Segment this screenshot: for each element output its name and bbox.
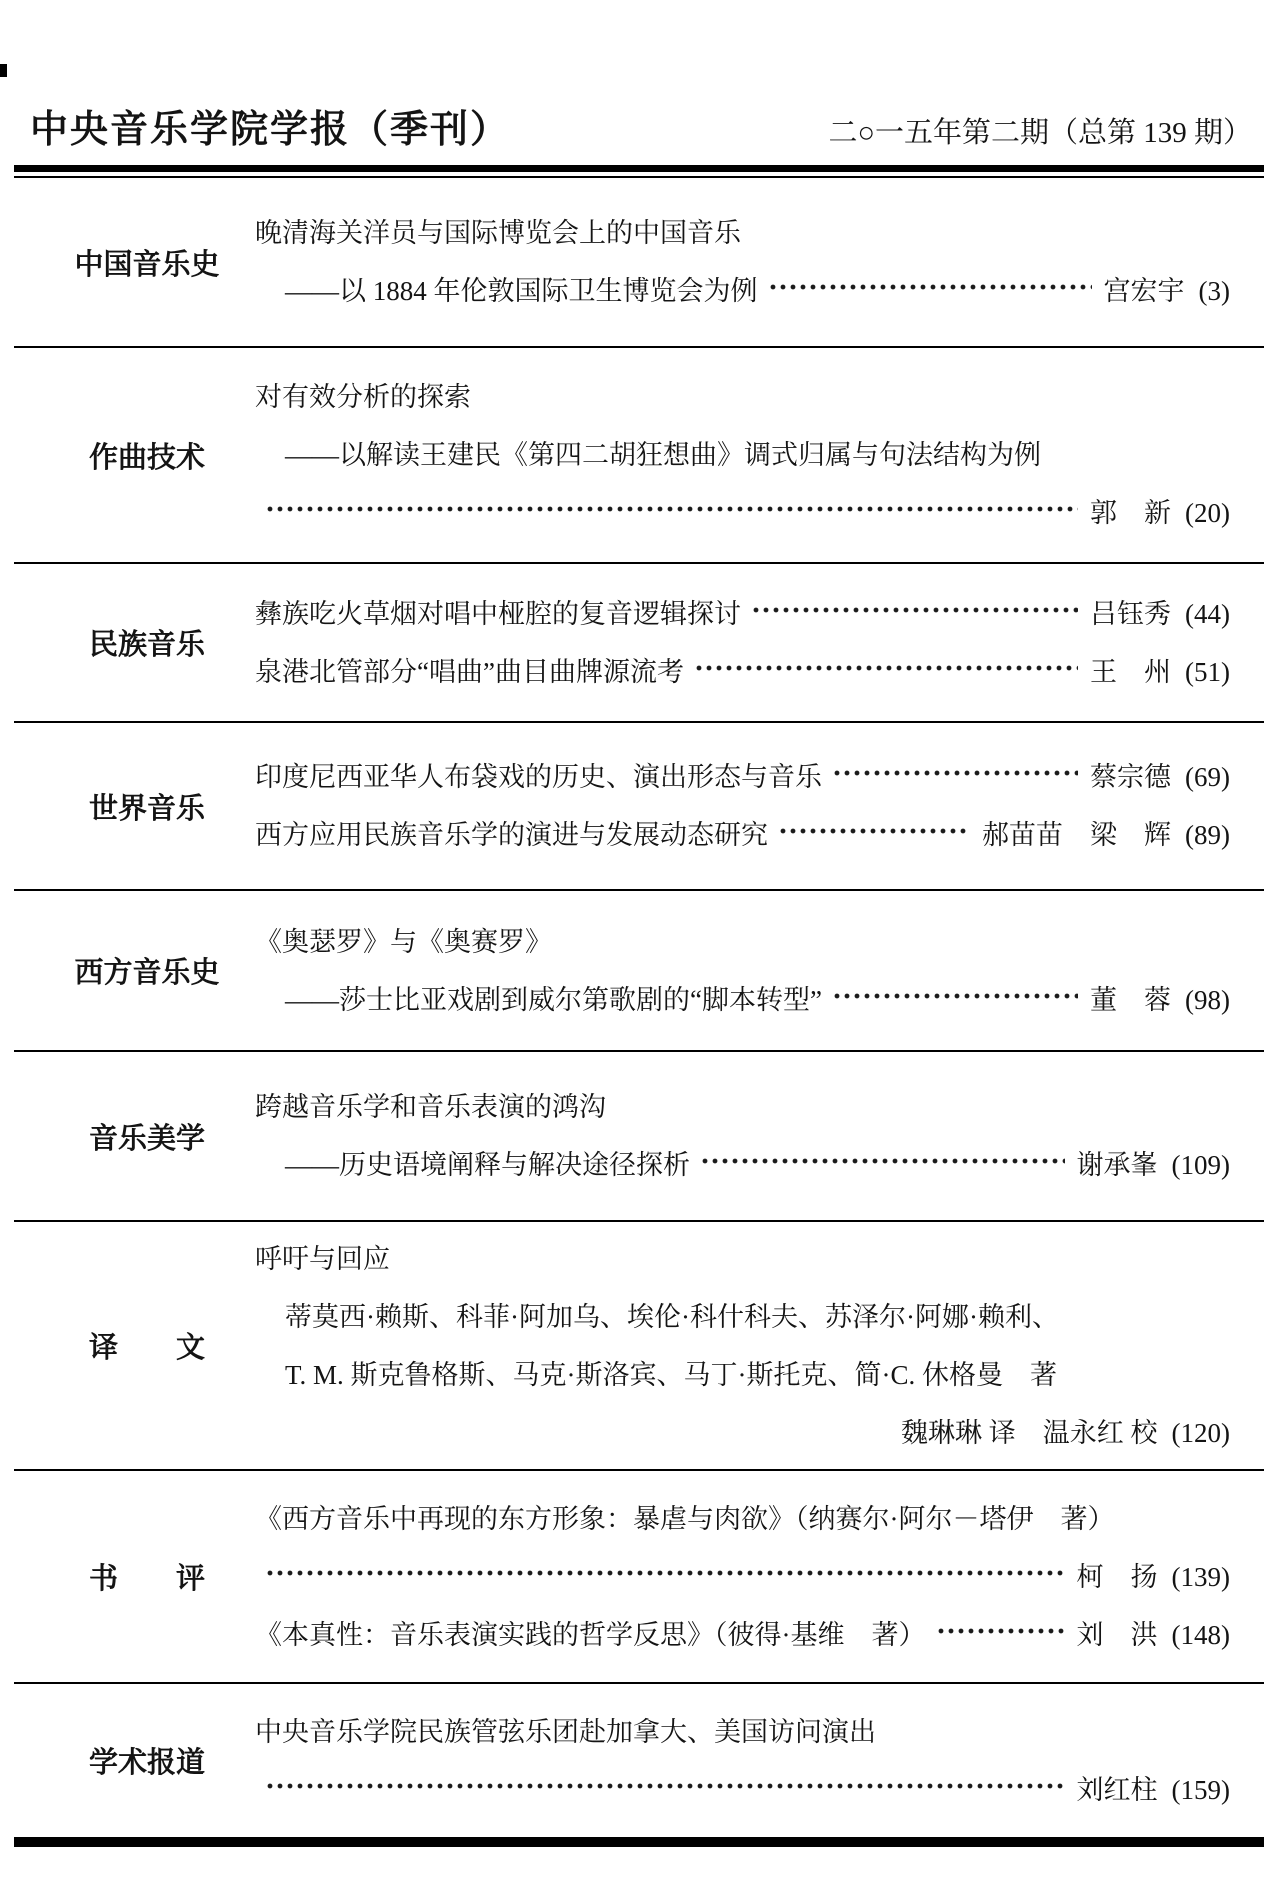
author: 王 州 [1090, 643, 1171, 701]
author: 蔡宗德 [1090, 748, 1171, 806]
article-subtitle: ——以解读王建民《第四二胡狂想曲》调式归属与句法结构为例 [255, 426, 1041, 484]
toc-line: 彝族吃火草烟对唱中桠腔的复音逻辑探讨 吕钰秀 (44) [255, 585, 1230, 643]
category-label: 西方音乐史 [72, 950, 222, 991]
section-content: 晚清海关洋员与国际博览会上的中国音乐 ——以 1884 年伦敦国际卫生博览会为例… [222, 178, 1264, 346]
category-label: 作曲技术 [72, 435, 222, 476]
section-content: 彝族吃火草烟对唱中桠腔的复音逻辑探讨 吕钰秀 (44) 泉港北管部分“唱曲”曲目… [222, 564, 1264, 721]
bottom-rule [14, 1837, 1264, 1847]
article-title: 晚清海关洋员与国际博览会上的中国音乐 [255, 204, 741, 262]
section-content: 对有效分析的探索 ——以解读王建民《第四二胡狂想曲》调式归属与句法结构为例 郭 … [222, 348, 1264, 562]
author: 郭 新 [1090, 484, 1171, 542]
toc-line: 跨越音乐学和音乐表演的鸿沟 [255, 1078, 1230, 1136]
dot-leader [265, 1773, 1065, 1799]
toc-section-book-review: 书 评 《西方音乐中再现的东方形象：暴虐与肉欲》（纳赛尔·阿尔－塔伊 著） 柯 … [14, 1471, 1264, 1684]
article-title: 呼吁与回应 [255, 1230, 390, 1288]
author: 刘 洪 [1077, 1606, 1158, 1664]
toc-line: ——莎士比亚戏剧到威尔第歌剧的“脚本转型” 董 蓉 (98) [255, 971, 1230, 1029]
toc-section-academic-report: 学术报道 中央音乐学院民族管弦乐团赴加拿大、美国访问演出 刘红柱 (159) [14, 1684, 1264, 1837]
article-title: 对有效分析的探索 [255, 368, 471, 426]
toc-line: 晚清海关洋员与国际博览会上的中国音乐 [255, 204, 1230, 262]
toc-line: 蒂莫西·赖斯、科菲·阿加乌、埃伦·科什科夫、苏泽尔·阿娜·赖利、 [255, 1288, 1230, 1346]
translator-credit: 魏琳琳 译 温永红 校 [901, 1404, 1158, 1462]
toc-section-world-music: 世界音乐 印度尼西亚华人布袋戏的历史、演出形态与音乐 蔡宗德 (69) 西方应用… [14, 723, 1264, 891]
toc-line: 《本真性：音乐表演实践的哲学反思》（彼得·基维 著） 刘 洪 (148) [255, 1606, 1230, 1664]
page-header: 中央音乐学院学报（季刊） 二○一五年第二期（总第 139 期） [0, 0, 1278, 165]
toc-line: ——以 1884 年伦敦国际卫生博览会为例 宫宏宇 (3) [255, 262, 1230, 320]
page-number: (3) [1199, 262, 1230, 320]
page-number: (148) [1172, 1606, 1230, 1664]
category-label: 民族音乐 [72, 622, 222, 663]
toc-line: 郭 新 (20) [255, 484, 1230, 542]
article-subtitle: ——以 1884 年伦敦国际卫生博览会为例 [255, 262, 758, 320]
toc-line: 印度尼西亚华人布袋戏的历史、演出形态与音乐 蔡宗德 (69) [255, 748, 1230, 806]
page-number: (69) [1185, 748, 1230, 806]
toc-section-western-music-history: 西方音乐史 《奥瑟罗》与《奥赛罗》 ——莎士比亚戏剧到威尔第歌剧的“脚本转型” … [14, 891, 1264, 1052]
dot-leader [778, 818, 970, 844]
page-number: (44) [1185, 585, 1230, 643]
dot-leader [265, 1560, 1065, 1586]
category-label: 学术报道 [72, 1740, 222, 1781]
category-label: 音乐美学 [72, 1116, 222, 1157]
toc-section-music-aesthetics: 音乐美学 跨越音乐学和音乐表演的鸿沟 ——历史语境阐释与解决途径探析 谢承峯 (… [14, 1052, 1264, 1222]
page-number: (139) [1172, 1548, 1230, 1606]
section-content: 跨越音乐学和音乐表演的鸿沟 ——历史语境阐释与解决途径探析 谢承峯 (109) [222, 1052, 1264, 1220]
section-content: 《西方音乐中再现的东方形象：暴虐与肉欲》（纳赛尔·阿尔－塔伊 著） 柯 扬 (1… [222, 1471, 1264, 1682]
section-content: 中央音乐学院民族管弦乐团赴加拿大、美国访问演出 刘红柱 (159) [222, 1684, 1264, 1837]
table-of-contents: 中国音乐史 晚清海关洋员与国际博览会上的中国音乐 ——以 1884 年伦敦国际卫… [14, 178, 1264, 1837]
toc-section-ethnic-music: 民族音乐 彝族吃火草烟对唱中桠腔的复音逻辑探讨 吕钰秀 (44) 泉港北管部分“… [14, 564, 1264, 723]
rule-thick [14, 165, 1264, 172]
dot-leader [832, 760, 1078, 786]
page-number: (109) [1172, 1136, 1230, 1194]
toc-section-translation: 译 文 呼吁与回应 蒂莫西·赖斯、科菲·阿加乌、埃伦·科什科夫、苏泽尔·阿娜·赖… [14, 1222, 1264, 1471]
toc-line: ——以解读王建民《第四二胡狂想曲》调式归属与句法结构为例 [255, 426, 1230, 484]
author: 董 蓉 [1090, 971, 1171, 1029]
toc-line: 《奥瑟罗》与《奥赛罗》 [255, 913, 1230, 971]
author: 刘红柱 [1077, 1761, 1158, 1819]
page-number: (51) [1185, 643, 1230, 701]
dot-leader [694, 655, 1078, 681]
category-label: 译 文 [72, 1325, 222, 1366]
author: 宫宏宇 [1104, 262, 1185, 320]
page-number: (120) [1172, 1404, 1230, 1462]
page-number: (98) [1185, 971, 1230, 1029]
scan-corner-mark [0, 64, 7, 77]
toc-section-chinese-music-history: 中国音乐史 晚清海关洋员与国际博览会上的中国音乐 ——以 1884 年伦敦国际卫… [14, 178, 1264, 348]
article-subtitle: ——莎士比亚戏剧到威尔第歌剧的“脚本转型” [255, 971, 822, 1029]
dot-leader [832, 983, 1078, 1009]
issue-info: 二○一五年第二期（总第 139 期） [828, 110, 1252, 151]
section-content: 印度尼西亚华人布袋戏的历史、演出形态与音乐 蔡宗德 (69) 西方应用民族音乐学… [222, 723, 1264, 889]
journal-title: 中央音乐学院学报（季刊） [30, 98, 510, 153]
page-number: (159) [1172, 1761, 1230, 1819]
header-double-rule [14, 165, 1264, 178]
toc-line: 刘红柱 (159) [255, 1761, 1230, 1819]
article-title: 《西方音乐中再现的东方形象：暴虐与肉欲》（纳赛尔·阿尔－塔伊 著） [255, 1490, 1115, 1548]
toc-line: 泉港北管部分“唱曲”曲目曲牌源流考 王 州 (51) [255, 643, 1230, 701]
author: 吕钰秀 [1090, 585, 1171, 643]
category-label: 中国音乐史 [72, 242, 222, 283]
toc-section-composition-technique: 作曲技术 对有效分析的探索 ——以解读王建民《第四二胡狂想曲》调式归属与句法结构… [14, 348, 1264, 564]
article-title: 西方应用民族音乐学的演进与发展动态研究 [255, 806, 768, 864]
article-subtitle: ——历史语境阐释与解决途径探析 [255, 1136, 690, 1194]
toc-line: 对有效分析的探索 [255, 368, 1230, 426]
page-number: (20) [1185, 484, 1230, 542]
category-label: 世界音乐 [72, 786, 222, 827]
dot-leader [265, 496, 1078, 522]
toc-line: 呼吁与回应 [255, 1230, 1230, 1288]
toc-line: 中央音乐学院民族管弦乐团赴加拿大、美国访问演出 [255, 1703, 1230, 1761]
toc-line: 西方应用民族音乐学的演进与发展动态研究 郝苗苗 梁 辉 (89) [255, 806, 1230, 864]
article-title: 泉港北管部分“唱曲”曲目曲牌源流考 [255, 643, 684, 701]
author-list: 蒂莫西·赖斯、科菲·阿加乌、埃伦·科什科夫、苏泽尔·阿娜·赖利、 [255, 1288, 1059, 1346]
dot-leader [936, 1618, 1065, 1644]
article-title: 彝族吃火草烟对唱中桠腔的复音逻辑探讨 [255, 585, 741, 643]
page-number: (89) [1185, 806, 1230, 864]
article-title: 中央音乐学院民族管弦乐团赴加拿大、美国访问演出 [255, 1703, 876, 1761]
author: 谢承峯 [1077, 1136, 1158, 1194]
section-content: 《奥瑟罗》与《奥赛罗》 ——莎士比亚戏剧到威尔第歌剧的“脚本转型” 董 蓉 (9… [222, 891, 1264, 1050]
toc-line: 《西方音乐中再现的东方形象：暴虐与肉欲》（纳赛尔·阿尔－塔伊 著） [255, 1490, 1230, 1548]
article-title: 印度尼西亚华人布袋戏的历史、演出形态与音乐 [255, 748, 822, 806]
author-list: T. M. 斯克鲁格斯、马克·斯洛宾、马丁·斯托克、简·C. 休格曼 著 [255, 1346, 1057, 1404]
article-title: 《本真性：音乐表演实践的哲学反思》（彼得·基维 著） [255, 1606, 926, 1664]
toc-line: ——历史语境阐释与解决途径探析 谢承峯 (109) [255, 1136, 1230, 1194]
category-label: 书 评 [72, 1556, 222, 1597]
article-title: 《奥瑟罗》与《奥赛罗》 [255, 913, 552, 971]
section-content: 呼吁与回应 蒂莫西·赖斯、科菲·阿加乌、埃伦·科什科夫、苏泽尔·阿娜·赖利、 T… [222, 1222, 1264, 1469]
article-title: 跨越音乐学和音乐表演的鸿沟 [255, 1078, 606, 1136]
toc-line: T. M. 斯克鲁格斯、马克·斯洛宾、马丁·斯托克、简·C. 休格曼 著 [255, 1346, 1230, 1404]
toc-line: 魏琳琳 译 温永红 校 (120) [255, 1404, 1230, 1462]
dot-leader [751, 597, 1078, 623]
toc-line: 柯 扬 (139) [255, 1548, 1230, 1606]
author: 郝苗苗 梁 辉 [982, 806, 1171, 864]
dot-leader [700, 1148, 1065, 1174]
author: 柯 扬 [1077, 1548, 1158, 1606]
dot-leader [768, 274, 1092, 300]
journal-toc-page: 中央音乐学院学报（季刊） 二○一五年第二期（总第 139 期） 中国音乐史 晚清… [0, 0, 1278, 1878]
